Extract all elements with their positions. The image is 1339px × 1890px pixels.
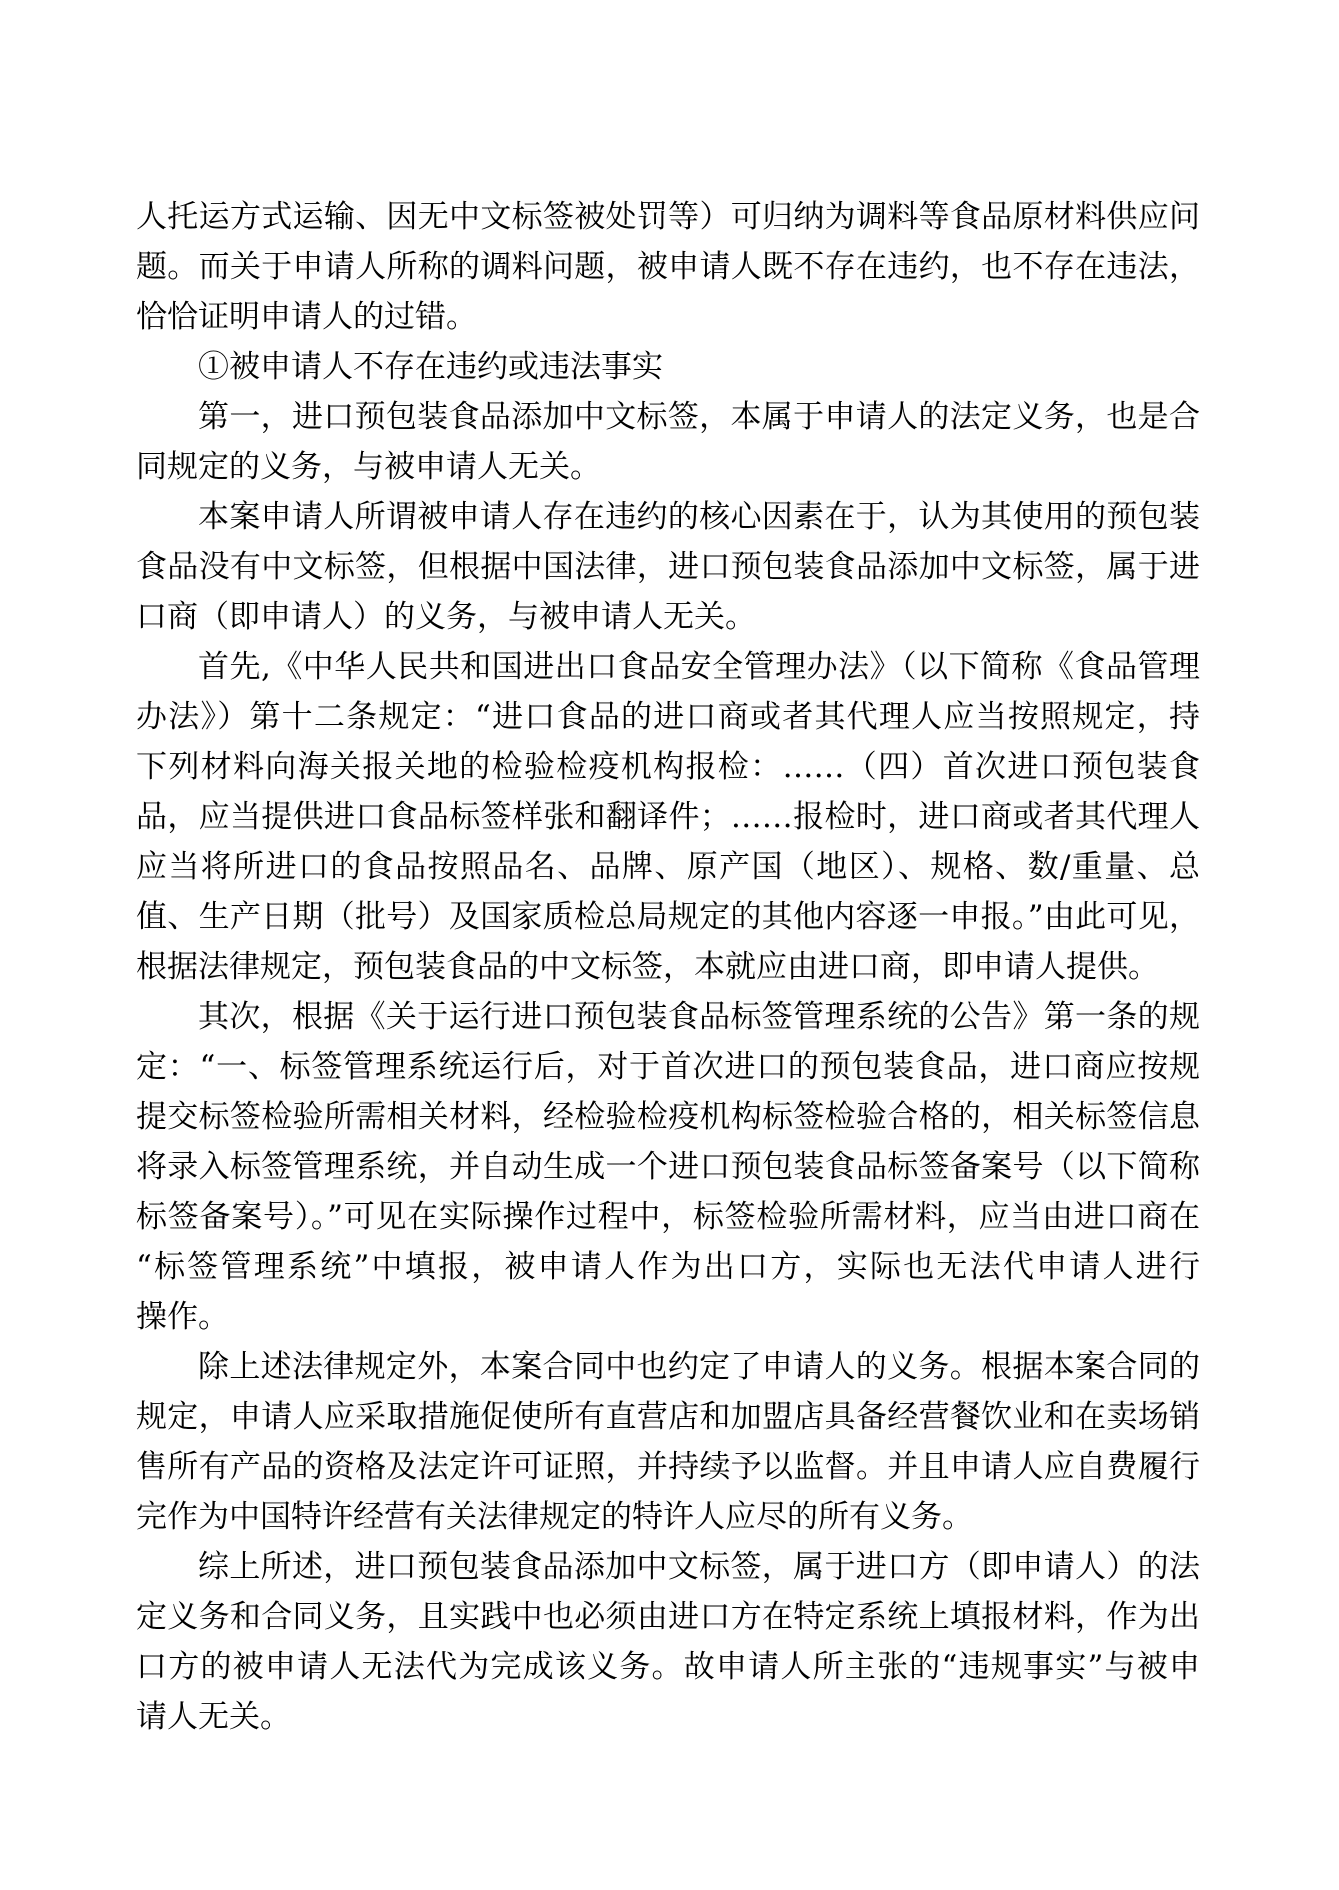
- text-line: 规定，申请人应采取措施促使所有直营店和加盟店具备经营餐饮业和在卖场销: [136, 1392, 1200, 1442]
- text-line: “标签管理系统”中填报，被申请人作为出口方，实际也无法代申请人进行: [136, 1242, 1200, 1292]
- paragraph: ①被申请人不存在违约或违法事实: [136, 342, 1200, 392]
- text-line: 办法》）第十二条规定：“进口食品的进口商或者其代理人应当按照规定，持: [136, 692, 1200, 742]
- text-line: 下列材料向海关报关地的检验检疫机构报检：……（四）首次进口预包装食: [136, 742, 1200, 792]
- text-line: 操作。: [136, 1292, 1200, 1342]
- text-line: 口商（即申请人）的义务，与被申请人无关。: [136, 592, 1200, 642]
- paragraph: 本案申请人所谓被申请人存在违约的核心因素在于，认为其使用的预包装食品没有中文标签…: [136, 492, 1200, 642]
- text-line: 首先,《中华人民共和国进出口食品安全管理办法》（以下简称《食品管理: [136, 642, 1200, 692]
- text-line: 完作为中国特许经营有关法律规定的特许人应尽的所有义务。: [136, 1492, 1200, 1542]
- text-line: 除上述法律规定外，本案合同中也约定了申请人的义务。根据本案合同的: [136, 1342, 1200, 1392]
- text-line: 食品没有中文标签，但根据中国法律，进口预包装食品添加中文标签，属于进: [136, 542, 1200, 592]
- document-text-block: 人托运方式运输、因无中文标签被处罚等）可归纳为调料等食品原材料供应问题。而关于申…: [136, 192, 1200, 1742]
- text-line: 综上所述，进口预包装食品添加中文标签，属于进口方（即申请人）的法: [136, 1542, 1200, 1592]
- paragraph: 人托运方式运输、因无中文标签被处罚等）可归纳为调料等食品原材料供应问题。而关于申…: [136, 192, 1200, 342]
- text-line: 标签备案号）。”可见在实际操作过程中，标签检验所需材料，应当由进口商在: [136, 1192, 1200, 1242]
- text-line: 值、生产日期（批号）及国家质检总局规定的其他内容逐一申报。”由此可见，: [136, 892, 1200, 942]
- text-line: 品，应当提供进口食品标签样张和翻译件；……报检时，进口商或者其代理人: [136, 792, 1200, 842]
- text-line: 本案申请人所谓被申请人存在违约的核心因素在于，认为其使用的预包装: [136, 492, 1200, 542]
- paragraph: 第一，进口预包装食品添加中文标签，本属于申请人的法定义务，也是合同规定的义务，与…: [136, 392, 1200, 492]
- text-line: 定：“一、标签管理系统运行后，对于首次进口的预包装食品，进口商应按规定: [136, 1042, 1200, 1092]
- text-line: 口方的被申请人无法代为完成该义务。故申请人所主张的“违规事实”与被申: [136, 1642, 1200, 1692]
- text-line: 应当将所进口的食品按照品名、品牌、原产国（地区）、规格、数/重量、总: [136, 842, 1200, 892]
- text-line: 提交标签检验所需相关材料，经检验检疫机构标签检验合格的，相关标签信息: [136, 1092, 1200, 1142]
- text-line: 请人无关。: [136, 1692, 1200, 1742]
- paragraph: 其次，根据《关于运行进口预包装食品标签管理系统的公告》第一条的规定：“一、标签管…: [136, 992, 1200, 1342]
- text-line: 将录入标签管理系统，并自动生成一个进口预包装食品标签备案号（以下简称: [136, 1142, 1200, 1192]
- text-line: 其次，根据《关于运行进口预包装食品标签管理系统的公告》第一条的规: [136, 992, 1200, 1042]
- text-line: 恰恰证明申请人的过错。: [136, 292, 1200, 342]
- text-line: 第一，进口预包装食品添加中文标签，本属于申请人的法定义务，也是合: [136, 392, 1200, 442]
- text-line: ①被申请人不存在违约或违法事实: [136, 342, 1200, 392]
- text-line: 人托运方式运输、因无中文标签被处罚等）可归纳为调料等食品原材料供应问: [136, 192, 1200, 242]
- document-page: 人托运方式运输、因无中文标签被处罚等）可归纳为调料等食品原材料供应问题。而关于申…: [0, 0, 1339, 1890]
- text-line: 售所有产品的资格及法定许可证照，并持续予以监督。并且申请人应自费履行: [136, 1442, 1200, 1492]
- text-line: 根据法律规定，预包装食品的中文标签，本就应由进口商，即申请人提供。: [136, 942, 1200, 992]
- paragraph: 除上述法律规定外，本案合同中也约定了申请人的义务。根据本案合同的规定，申请人应采…: [136, 1342, 1200, 1542]
- text-line: 同规定的义务，与被申请人无关。: [136, 442, 1200, 492]
- paragraph: 综上所述，进口预包装食品添加中文标签，属于进口方（即申请人）的法定义务和合同义务…: [136, 1542, 1200, 1742]
- text-line: 定义务和合同义务，且实践中也必须由进口方在特定系统上填报材料，作为出: [136, 1592, 1200, 1642]
- text-line: 题。而关于申请人所称的调料问题，被申请人既不存在违约，也不存在违法，: [136, 242, 1200, 292]
- paragraph: 首先,《中华人民共和国进出口食品安全管理办法》（以下简称《食品管理办法》）第十二…: [136, 642, 1200, 992]
